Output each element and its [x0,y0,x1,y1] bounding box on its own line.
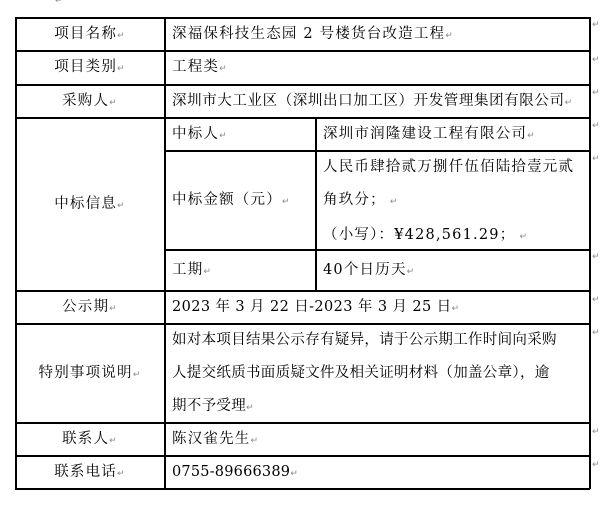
value-text: （小写）：¥428,561.29； [323,227,515,243]
row-end-mark: ↵ [592,20,600,30]
special-notes-value: 如对本项目结果公示存有疑异，请于公示期工作时间向采购 人提交纸质书面质疑文件及相… [165,324,589,422]
value-text: 深圳市润隆建设工程有限公司 [323,126,527,142]
row-end-mark: ↵ [592,295,600,305]
publicity-period-label: 公示期↵ [16,291,164,323]
contact-phone-label: 联系电话↵ [16,456,164,488]
winning-bidder-value: 深圳市润隆建设工程有限公司↵ [316,118,589,150]
label-text: 中标信息 [54,196,117,212]
duration-label: 工期↵ [165,250,315,290]
amount-figures-line: （小写）：¥428,561.29； ↵ [323,219,589,254]
value-text: 工程类 [172,59,219,75]
value-text: 期不予受理 [172,398,246,414]
project-name-value: 深福保科技生态园 2 号楼货台改造工程↵ [165,18,589,50]
row-end-mark: ↵ [592,460,600,470]
label-text: 公示期 [62,299,109,315]
project-name-label: 项目名称↵ [16,18,164,50]
label-text: 项目名称 [54,26,117,42]
label-text: 联系电话 [54,464,117,480]
contact-phone-value: 0755-89666389↵ [165,456,589,488]
contact-person-label: 联系人↵ [16,423,164,455]
table-border-bottom [15,488,590,490]
value-text: 陈汉雀先生 [172,431,251,447]
special-notes-label: 特别事项说明↵ [16,324,164,422]
notes-line-1: 如对本项目结果公示存有疑异，请于公示期工作时间向采购 [172,324,589,357]
notes-line-3: 期不予受理↵ [172,390,589,425]
bid-amount-label: 中标金额（元）↵ [165,151,315,249]
label-text: 联系人 [62,431,109,447]
label-text: 特别事项说明 [39,365,133,381]
winning-bidder-label: 中标人↵ [165,118,315,150]
row-end-mark: ↵ [592,154,600,164]
row-end-mark: ↵ [592,252,600,262]
paragraph-mark: ↵ [55,0,63,6]
purchaser-value: 深圳市大工业区（深圳出口加工区）开发管理集团有限公司↵ [165,85,589,117]
label-text: 工期 [172,262,203,278]
purchaser-label: 采购人↵ [16,85,164,117]
project-category-label: 项目类别↵ [16,51,164,84]
label-text: 项目类别 [54,59,117,75]
contact-person-value: 陈汉雀先生↵ [165,423,589,455]
project-category-value: 工程类↵ [165,51,589,84]
label-text: 采购人 [62,93,109,109]
duration-value: 40个日历天↵ [316,250,589,290]
row-end-mark: ↵ [592,427,600,437]
value-text: 40个日历天 [323,262,407,278]
value-text: 角玖分； [323,192,386,208]
value-text: 深福保科技生态园 2 号楼货台改造工程 [172,26,445,42]
table-border-right [589,17,591,489]
label-text: 中标金额（元） [172,192,282,208]
bid-info-label: 中标信息↵ [16,118,164,290]
row-end-mark: ↵ [592,121,600,131]
bid-amount-value: 人民币肆拾贰万捌仟伍佰陆拾壹元贰 角玖分； ↵ （小写）：¥428,561.29… [316,151,589,249]
row-end-mark: ↵ [592,328,600,338]
publicity-period-value: 2023 年 3 月 22 日-2023 年 3 月 25 日↵ [165,291,589,323]
notes-line-2: 人提交纸质书面质疑文件及相关证明材料（加盖公章），逾 [172,357,589,390]
amount-words-line-1: 人民币肆拾贰万捌仟伍佰陆拾壹元贰 [323,151,589,184]
value-text: 0755-89666389 [172,464,290,480]
amount-words-line-2: 角玖分； ↵ [323,184,589,219]
value-text: 2023 年 3 月 22 日-2023 年 3 月 25 日 [172,299,452,315]
label-text: 中标人 [172,126,219,142]
row-end-mark: ↵ [592,55,600,65]
value-text: 深圳市大工业区（深圳出口加工区）开发管理集团有限公司 [172,93,565,109]
row-end-mark: ↵ [592,88,600,98]
